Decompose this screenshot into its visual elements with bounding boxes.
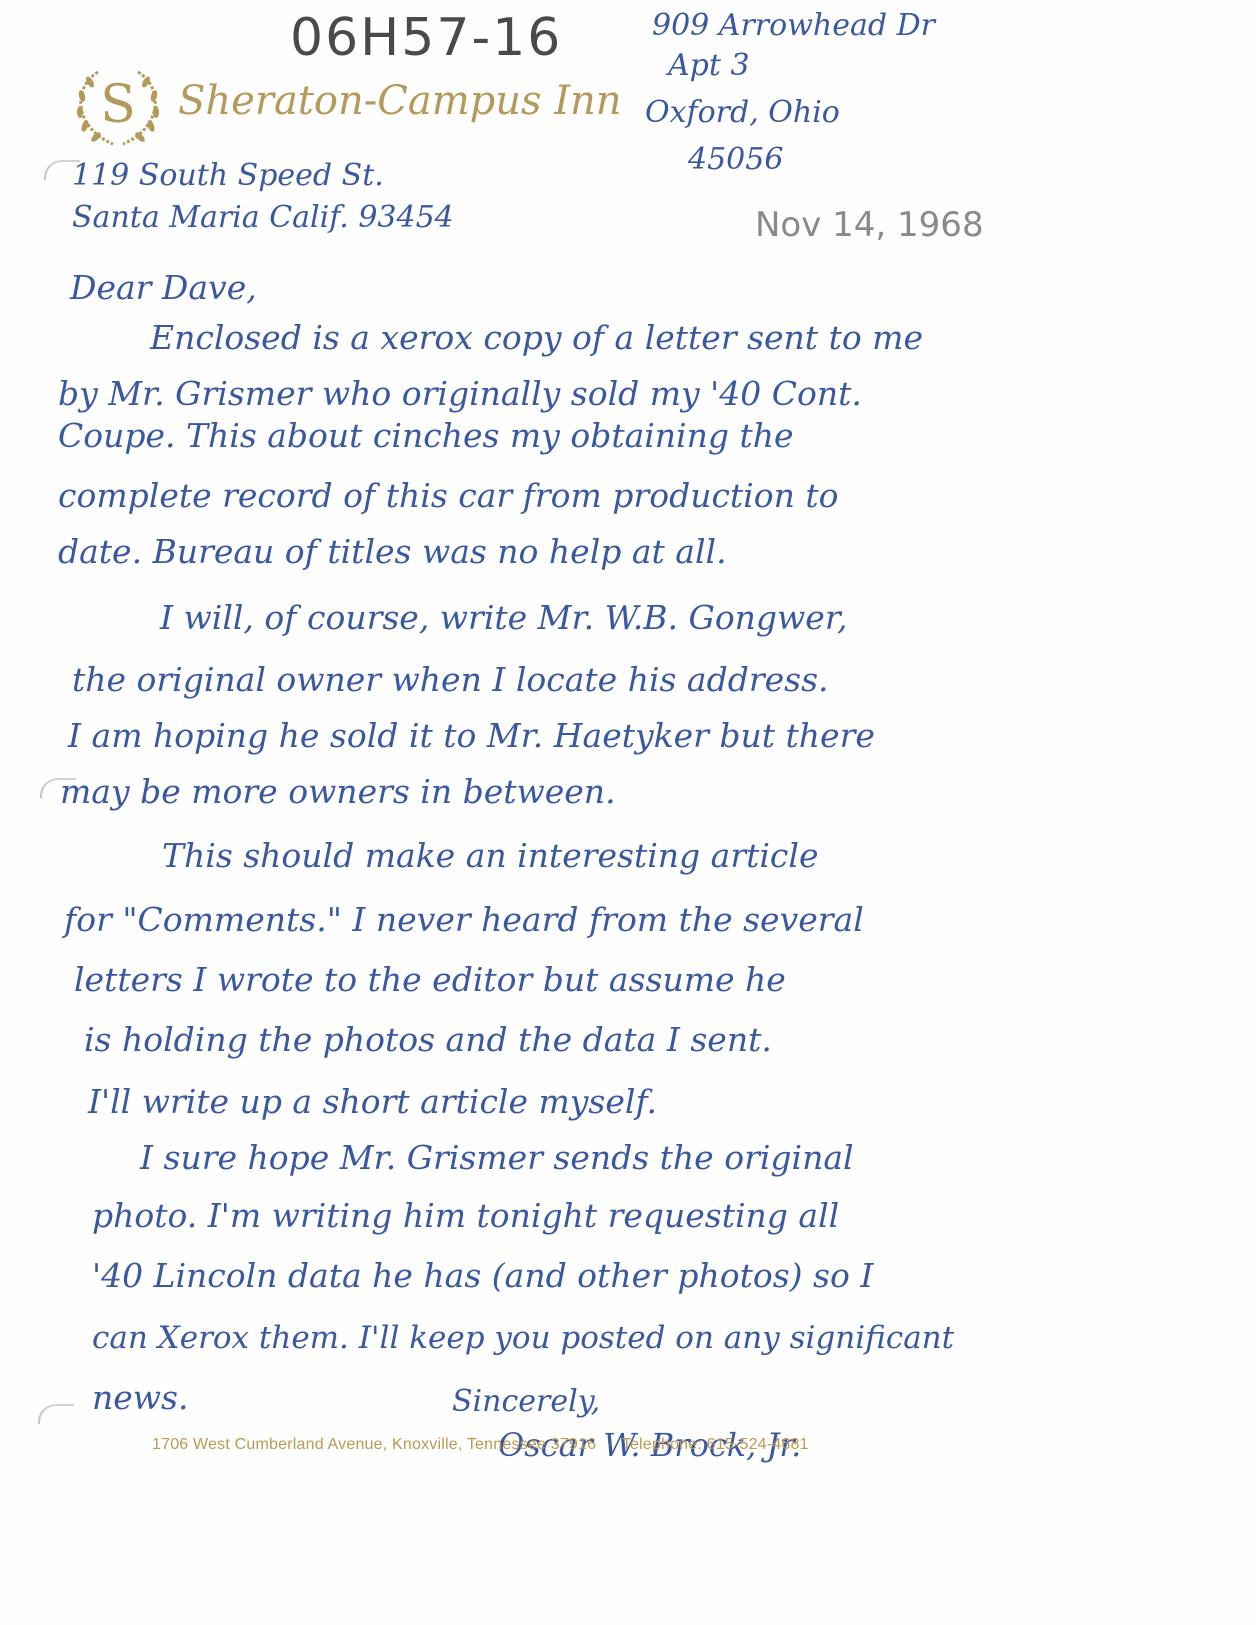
salutation: Dear Dave, [70,268,257,307]
body-line: I will, of course, write Mr. W.B. Gongwe… [160,598,847,637]
sheraton-laurel-logo-icon: S [68,62,168,152]
body-line: may be more owners in between. [60,772,616,811]
body-line: date. Bureau of titles was no help at al… [58,532,727,571]
sender-address-line: 45056 [688,142,783,177]
body-line: I'll write up a short article myself. [88,1082,657,1121]
body-line: complete record of this car from product… [58,476,838,515]
body-line: This should make an interesting article [162,836,818,875]
footer-phone: Telephone: 615-524-4681 [622,1436,809,1453]
body-line: '40 Lincoln data he has (and other photo… [92,1256,873,1295]
margin-mark [38,1404,74,1424]
body-line: for "Comments." I never heard from the s… [64,900,864,939]
recipient-address-line: Santa Maria Calif. 93454 [72,200,454,235]
body-line: Enclosed is a xerox copy of a letter sen… [150,318,923,357]
body-line: Coupe. This about cinches my obtaining t… [58,416,794,455]
letter-date: Nov 14, 1968 [755,205,984,245]
letterhead-brand-name: Sheraton-Campus Inn [178,78,622,124]
body-line: is holding the photos and the data I sen… [84,1020,772,1059]
letterhead-footer: 1706 West Cumberland Avenue, Knoxville, … [152,1436,809,1454]
letter-page: 06H57-16 S Sheraton-Campus Inn 909 Arrow… [0,0,1256,1625]
body-line: I sure hope Mr. Grismer sends the origin… [140,1138,854,1177]
reference-number: 06H57-16 [290,8,562,68]
closing: Sincerely, [452,1384,600,1419]
sender-address-line: Apt 3 [668,48,750,83]
logo-letter: S [100,75,136,135]
sender-address-line: Oxford, Ohio [645,95,840,130]
body-line: the original owner when I locate his add… [72,660,829,699]
body-line: photo. I'm writing him tonight requestin… [92,1196,839,1235]
recipient-address-line: 119 South Speed St. [72,158,384,193]
footer-address: 1706 West Cumberland Avenue, Knoxville, … [152,1436,596,1453]
body-line: can Xerox them. I'll keep you posted on … [92,1320,954,1356]
body-line: by Mr. Grismer who originally sold my '4… [58,374,862,413]
body-line: letters I wrote to the editor but assume… [74,960,786,999]
sender-address-line: 909 Arrowhead Dr [652,8,935,43]
footer-separator: · [606,1436,612,1453]
body-line: I am hoping he sold it to Mr. Haetyker b… [68,716,875,755]
body-line: news. [92,1378,188,1417]
